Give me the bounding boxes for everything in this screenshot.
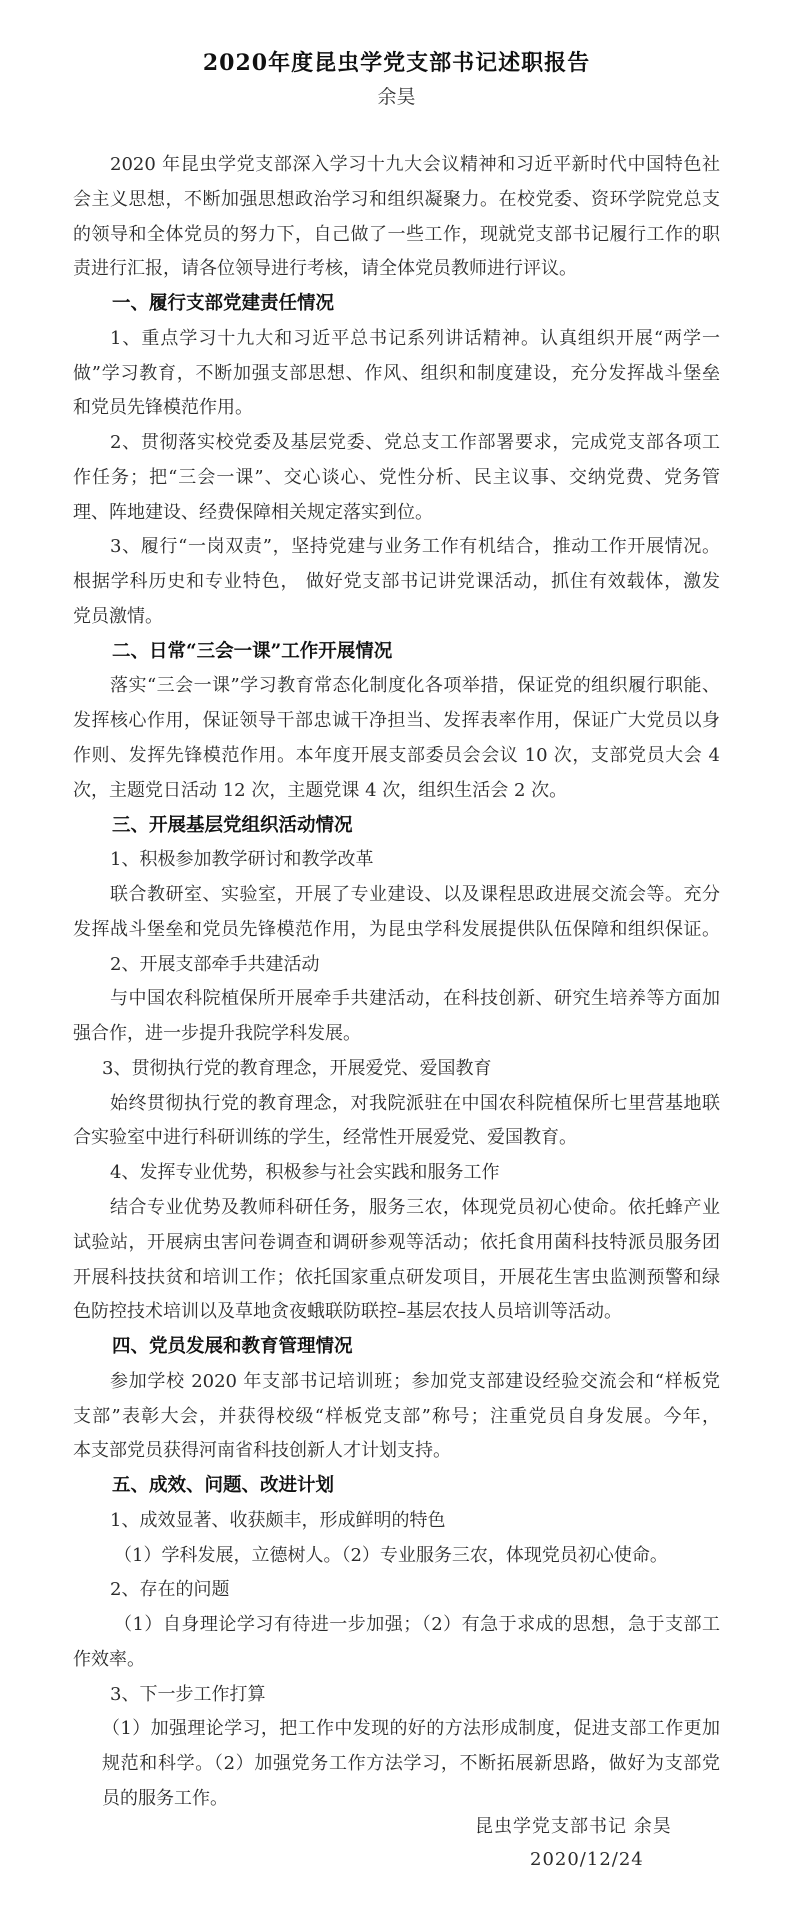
section-heading: 四、党员发展和教育管理情况 (73, 1332, 720, 1367)
text-line: 始终贯彻执行党的教育理念，对我院派驻在中国农科院植保所七里营基地联 (73, 1089, 720, 1124)
text-line: （1）学科发展，立德树人。（2）专业服务三农，体现党员初心使命。 (73, 1541, 720, 1576)
text-line: 3、履行“一岗双责”，坚持党建与业务工作有机结合，推动工作开展情况。 (73, 532, 720, 567)
text-line: 1、重点学习十九大和习近平总书记系列讲话精神。认真组织开展“两学一 (73, 324, 720, 359)
section-heading: 一、履行支部党建责任情况 (73, 289, 720, 324)
text-line: 的领导和全体党员的努力下，自己做了一些工作，现就党支部书记履行工作的职 (73, 220, 720, 255)
text-line: 次，主题党日活动 12 次，主题党课 4 次，组织生活会 2 次。 (73, 776, 720, 811)
subsection-heading: 3、贯彻执行党的教育理念，开展爱党、爱国教育 (73, 1054, 720, 1089)
text-line: 发挥战斗堡垒和党员先锋模范作用，为昆虫学科发展提供队伍保障和组织保证。 (73, 915, 720, 950)
text-line: 根据学科历史和专业特色， 做好党支部书记讲党课活动，抓住有效载体，激发 (73, 567, 720, 602)
subsection-heading: 1、积极参加教学研讨和教学改革 (73, 845, 720, 880)
text-line: 规范和科学。（2）加强党务工作方法学习，不断拓展新思路，做好为支部党 (73, 1749, 720, 1784)
text-line: 结合专业优势及教师科研任务，服务三农，体现党员初心使命。依托蜂产业 (73, 1193, 720, 1228)
section-heading: 五、成效、问题、改进计划 (73, 1471, 720, 1506)
text-line: 理、阵地建设、经费保障相关规定落实到位。 (73, 498, 720, 533)
text-line: （1）加强理论学习，把工作中发现的好的方法形成制度，促进支部工作更加 (73, 1714, 720, 1749)
document-author: 余昊 (0, 84, 793, 110)
text-line: 落实“三会一课”学习教育常态化制度化各项举措，保证党的组织履行职能、 (73, 671, 720, 706)
text-line: 合实验室中进行科研训练的学生，经常性开展爱党、爱国教育。 (73, 1123, 720, 1158)
text-line: 2、贯彻落实校党委及基层党委、党总支工作部署要求，完成党支部各项工 (73, 428, 720, 463)
signature-date: 2020/12/24 (530, 1846, 644, 1874)
text-line: 与中国农科院植保所开展牵手共建活动，在科技创新、研究生培养等方面加 (73, 984, 720, 1019)
text-line: （1）自身理论学习有待进一步加强；（2）有急于求成的思想，急于支部工 (73, 1610, 720, 1645)
signature: 昆虫学党支部书记 余昊 (475, 1813, 672, 1841)
text-line: 做”学习教育，不断加强支部思想、作风、组织和制度建设，充分发挥战斗堡垒 (73, 359, 720, 394)
text-line: 支部”表彰大会，并获得校级“样板党支部”称号；注重党员自身发展。今年， (73, 1402, 720, 1437)
subsection-heading: 4、发挥专业优势，积极参与社会实践和服务工作 (73, 1158, 720, 1193)
text-line: 会主义思想，不断加强思想政治学习和组织凝聚力。在校党委、资环学院党总支 (73, 185, 720, 220)
subsection-heading: 3、下一步工作打算 (73, 1680, 720, 1715)
text-line: 本支部党员获得河南省科技创新人才计划支持。 (73, 1436, 720, 1471)
subsection-heading: 2、开展支部牵手共建活动 (73, 950, 720, 985)
section-heading: 二、日常“三会一课”工作开展情况 (73, 637, 720, 672)
text-line: 试验站，开展病虫害问卷调查和调研参观等活动；依托食用菌科技特派员服务团 (73, 1228, 720, 1263)
section-heading: 三、开展基层党组织活动情况 (73, 811, 720, 846)
text-line: 色防控技术培训以及草地贪夜蛾联防联控–基层农技人员培训等活动。 (73, 1297, 720, 1332)
text-line: 强合作，进一步提升我院学科发展。 (73, 1019, 720, 1054)
text-line: 责进行汇报，请各位领导进行考核，请全体党员教师进行评议。 (73, 254, 720, 289)
text-line: 党员激情。 (73, 602, 720, 637)
text-line: 作则、发挥先锋模范作用。本年度开展支部委员会会议 10 次，支部党员大会 4 (73, 741, 720, 776)
text-line: 联合教研室、实验室，开展了专业建设、以及课程思政进展交流会等。充分 (73, 880, 720, 915)
text-line: 发挥核心作用，保证领导干部忠诚干净担当、发挥表率作用，保证广大党员以身 (73, 706, 720, 741)
text-line: 作任务；把“三会一课”、交心谈心、党性分析、民主议事、交纳党费、党务管 (73, 463, 720, 498)
text-line: 作效率。 (73, 1645, 720, 1680)
document-body: 2020 年昆虫学党支部深入学习十九大会议精神和习近平新时代中国特色社 会主义思… (73, 150, 720, 1819)
text-line: 参加学校 2020 年支部书记培训班；参加党支部建设经验交流会和“样板党 (73, 1367, 720, 1402)
text-line: 2020 年昆虫学党支部深入学习十九大会议精神和习近平新时代中国特色社 (73, 150, 720, 185)
subsection-heading: 1、成效显著、收获颇丰，形成鲜明的特色 (73, 1506, 720, 1541)
text-line: 开展科技扶贫和培训工作；依托国家重点研发项目，开展花生害虫监测预警和绿 (73, 1263, 720, 1298)
subsection-heading: 2、存在的问题 (73, 1575, 720, 1610)
text-line: 和党员先锋模范作用。 (73, 393, 720, 428)
document-title: 2020年度昆虫学党支部书记述职报告 (0, 48, 793, 78)
